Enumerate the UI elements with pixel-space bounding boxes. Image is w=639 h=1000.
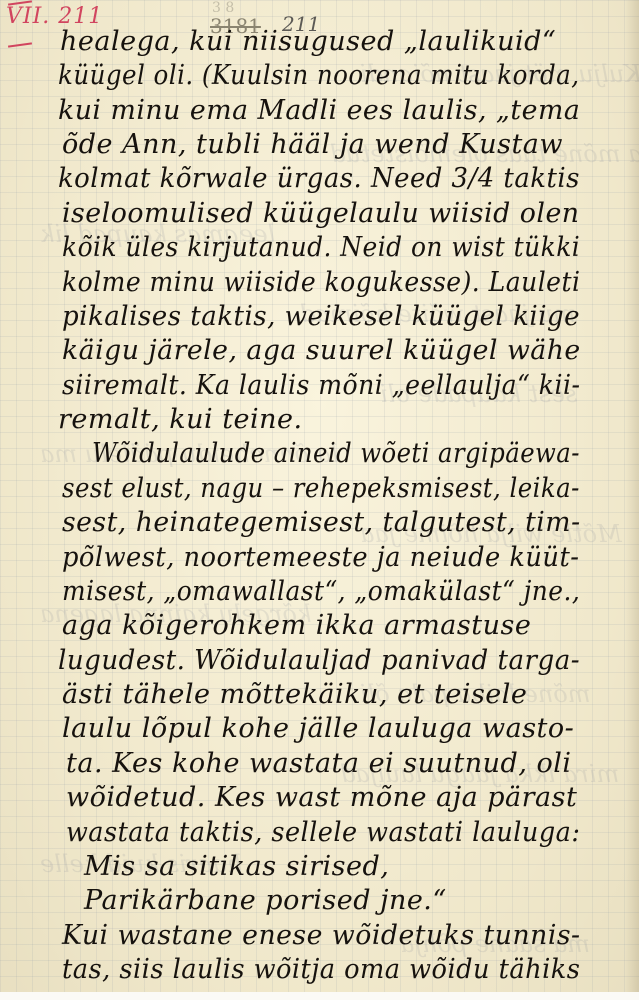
text-line: aga kõigerohkem ikka armastuse (62, 610, 531, 641)
text-line paragraph-start: Wõidulaulude aineid wõeti argipäewa- (92, 438, 580, 469)
text-line: lugudest. Wõidulauljad panivad targa- (58, 645, 580, 676)
text-line: wastata taktis, sellele wastati lauluga: (66, 817, 580, 848)
verse-line: Parikärbane porised jne.“ (84, 885, 447, 916)
text-line: kui minu ema Madli ees laulis, „tema (58, 95, 580, 126)
text-line: kolme minu wiiside kogukesse). Lauleti (62, 267, 580, 298)
verse-line: Mis sa sitikas sirised, (84, 851, 389, 882)
text-line: sest elust, nagu – rehepeksmisest, leika… (62, 473, 580, 504)
paper-edge-shadow (625, 0, 639, 1000)
text-line: tas, siis laulis wõitja oma wõidu tähiks (62, 954, 580, 985)
text-line: Kui wastane enese wõidetuks tunnis- (62, 920, 581, 951)
text-line: healega, kui niisugused „laulikuid“ (60, 26, 556, 57)
text-line: pikalises taktis, weikesel küügel kiige (62, 301, 580, 332)
archive-mark-bottom-bar (8, 42, 32, 47)
text-line: laulu lõpul kohe jälle lauluga wasto- (62, 713, 574, 744)
text-line: ta. Kes kohe wastata ei suutnud, oli (66, 748, 572, 779)
scan-bottom-margin (0, 992, 639, 1000)
text-line: siiremalt. Ka laulis mõni „eellaulja“ ki… (62, 370, 580, 401)
text-line: kõik üles kirjutanud. Neid on wist tükki (62, 232, 580, 263)
text-line: remalt, kui teine. (58, 404, 303, 435)
text-line: käigu järele, aga suurel küügel wähe (62, 335, 581, 366)
text-line: wõidetud. Kes wast mõne aja pärast (66, 782, 577, 813)
text-line: ästi tähele mõttekäiku, et teisele (62, 679, 527, 710)
text-line: küügel oli. (Kuulsin noorena mitu korda, (58, 60, 579, 91)
text-line: sest, heinategemisest, talgutest, tim- (62, 507, 581, 538)
text-line: iseloomulised küügelaulu wiisid olen (62, 198, 580, 229)
text-line: misest, „omawallast“, „omakülast“ jne., (62, 576, 580, 607)
text-line: kolmat kõrwale ürgas. Need 3/4 taktis (58, 163, 580, 194)
text-line: õde Ann, tubli hääl ja wend Kustaw (62, 129, 563, 160)
text-line: põlwest, noortemeeste ja neiude küüt- (62, 542, 579, 573)
manuscript-page: Kulju möt jaast nõiandi ja mõne taas ole… (0, 0, 639, 1000)
